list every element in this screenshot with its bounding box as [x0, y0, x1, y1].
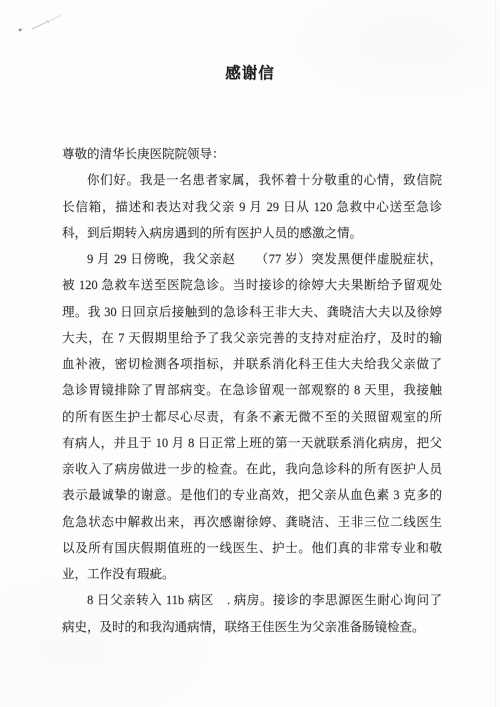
scan-edge-shadow [495, 0, 496, 707]
letter-line: 危急状态中解救出来，再次感谢徐婷、龚晓洁、王非三位二线医生 [62, 509, 442, 535]
letter-line: 以及所有国庆假期值班的一线医生、护士。他们真的非常专业和敬 [62, 535, 442, 561]
letter-body: 尊敬的清华长庚医院院领导：你们好。我是一名患者家属，我怀着十分敬重的心情，致信院… [62, 141, 442, 640]
letter-line: 9 月 29 日傍晚，我父亲赵 （77 岁）突发黑便伴虚脱症状， [62, 246, 442, 272]
letter-line: 病史，及时的和我沟通病情，联络王佳医生为父亲准备肠镜检查。 [62, 614, 442, 640]
letter-line: 你们好。我是一名患者家属，我怀着十分敬重的心情，致信院 [62, 167, 442, 193]
letter-line: 的所有医生护士都尽心尽责，有条不紊无微不至的关照留观室的所 [62, 404, 442, 430]
letter-line: 长信箱，描述和表达对我父亲 9 月 29 日从 120 急救中心送至急诊 [62, 194, 442, 220]
letter-line: 科，到后期转入病房遇到的所有医护人员的感激之情。 [62, 220, 442, 246]
letter-line: 被 120 急救车送至医院急诊。当时接诊的徐婷大夫果断给予留观处 [62, 272, 442, 298]
letter-line: 急诊胃镜排除了胃部病变。在急诊留观一部观察的 8 天里，我接触 [62, 377, 442, 403]
letter-line: 表示最诚挚的谢意。是他们的专业高效，把父亲从血色素 3 克多的 [62, 482, 442, 508]
letter-line: 业，工作没有瑕疵。 [62, 561, 442, 587]
letter-line: 有病人，并且于 10 月 8 日正常上班的第一天就联系消化病房，把父 [62, 430, 442, 456]
pencil-scratch-icon [10, 8, 70, 38]
letter-line: 8 日父亲转入 11b 病区 . 病房。接诊的李思源医生耐心询问了 [62, 587, 442, 613]
letter-line: 亲收入了病房做进一步的检查。在此，我向急诊科的所有医护人员 [62, 456, 442, 482]
letter-line: 大夫，在 7 天假期里给予了我父亲完善的支持对症治疗，及时的输 [62, 325, 442, 351]
letter-line: 理。我 30 日回京后接触到的急诊科王非大夫、龚晓洁大夫以及徐婷 [62, 299, 442, 325]
scanned-letter-page: 感谢信 尊敬的清华长庚医院院领导：你们好。我是一名患者家属，我怀着十分敬重的心情… [0, 0, 500, 707]
letter-title: 感谢信 [0, 62, 500, 85]
letter-line: 尊敬的清华长庚医院院领导： [62, 141, 442, 167]
letter-line: 血补液，密切检测各项指标，并联系消化科王佳大夫给我父亲做了 [62, 351, 442, 377]
